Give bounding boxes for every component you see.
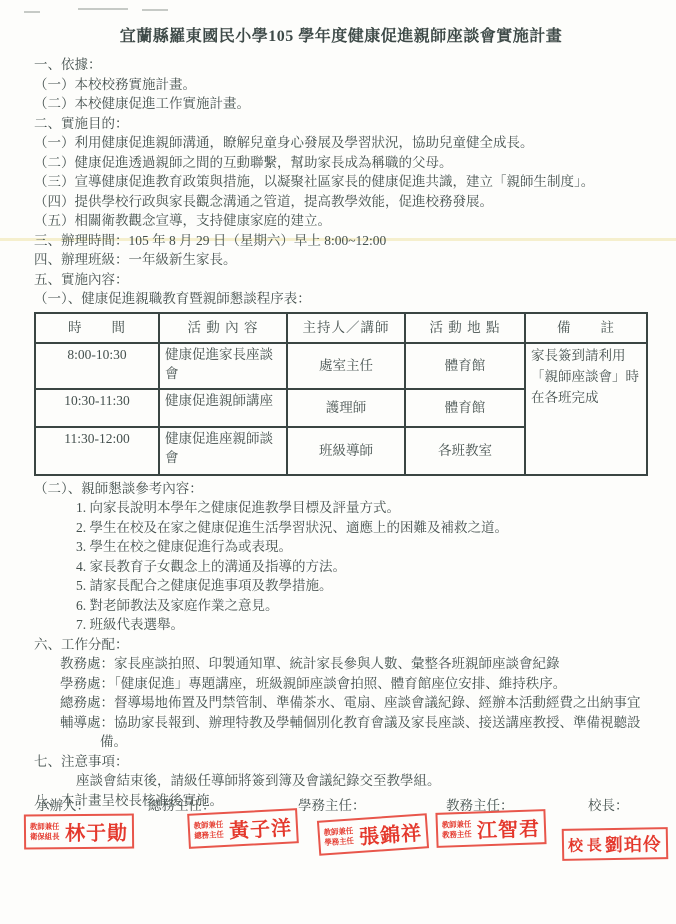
purpose-item: （三）宣導健康促進教育政策與措施，以凝聚社區家長的健康促進共識，建立「親師生制度… — [34, 172, 648, 192]
purpose-item: （二）健康促進透過親師之間的互動聯繫，幫助家長成為稱職的父母。 — [34, 153, 648, 173]
section-duties-heading: 六、工作分配： — [34, 635, 648, 655]
basis-item: （一）本校校務實施計畫。 — [34, 75, 648, 95]
reference-item: 1. 向家長說明本學年之健康促進教學目標及評量方式。 — [34, 498, 648, 518]
cell-activity: 健康促進座親師談會 — [159, 427, 287, 475]
stamp-role-line: 學務主任 — [324, 836, 354, 848]
stamp-student-affairs-director: 教師兼任 學務主任 張錦祥 — [317, 813, 429, 856]
document-title: 宜蘭縣羅東國民小學105 學年度健康促進親師座談會實施計畫 — [34, 26, 648, 48]
notes-item: 座談會結束後，請級任導師將簽到簿及會議紀錄交至教學組。 — [34, 771, 648, 791]
reference-item: 7. 班級代表選舉。 — [34, 615, 648, 635]
stamp-role-text: 校 長 — [568, 834, 602, 856]
cell-location: 各班教室 — [405, 427, 525, 475]
stamp-name: 林于勛 — [65, 817, 128, 847]
stamp-role-text: 教師兼任 教務主任 — [442, 820, 472, 840]
basis-item: （二）本校健康促進工作實施計畫。 — [34, 94, 648, 114]
cell-activity: 健康促進親師講座 — [159, 389, 287, 427]
cell-host: 班級導師 — [287, 427, 405, 475]
stamp-organizer: 教師兼任 衛保組長 林于勛 — [24, 814, 134, 850]
cell-activity: 健康促進家長座談會 — [159, 343, 287, 389]
col-header-host: 主持人／講師 — [287, 313, 405, 343]
duty-item: 學務處：「健康促進」專題講座，班級親師座談會拍照、體育館座位安排、維持秩序。 — [34, 674, 648, 694]
stamp-name: 張錦祥 — [358, 817, 423, 850]
cell-host: 護理師 — [287, 389, 405, 427]
stamp-academic-affairs-director: 教師兼任 教務主任 江智君 — [435, 809, 546, 848]
section-class-line: 四、辦理班級：一年級新生家長。 — [34, 250, 648, 270]
schedule-table: 時 間 活 動 內 容 主持人／講師 活 動 地 點 備 註 8:00-10:3… — [34, 312, 648, 476]
col-header-activity: 活 動 內 容 — [159, 313, 287, 343]
stamp-name: 黃子洋 — [228, 811, 292, 843]
cell-note: 家長簽到請利用「親師座談會」時在各班完成 — [525, 343, 647, 475]
purpose-item: （一）利用健康促進親師溝通，瞭解兒童身心發展及學習狀況，協助兒童健全成長。 — [34, 133, 648, 153]
section-purpose-heading: 二、實施目的： — [34, 114, 648, 134]
cell-time: 11:30-12:00 — [35, 427, 159, 475]
col-header-time: 時 間 — [35, 313, 159, 343]
cell-host: 處室主任 — [287, 343, 405, 389]
col-header-location: 活 動 地 點 — [405, 313, 525, 343]
cell-location: 體育館 — [405, 389, 525, 427]
reference-item: 2. 學生在校及在家之健康促進生活學習狀況、適應上的困難及補救之道。 — [34, 518, 648, 538]
reference-item: 3. 學生在校之健康促進行為或表現。 — [34, 537, 648, 557]
stamp-role-line: 衛保組長 — [30, 832, 60, 842]
stamp-role-line: 教務主任 — [442, 829, 472, 840]
signature-label-general-affairs: 總務主任： — [148, 794, 216, 814]
document-body: 宜蘭縣羅東國民小學105 學年度健康促進親師座談會實施計畫 一、依據： （一）本… — [34, 26, 648, 810]
signature-label-student-affairs: 學務主任： — [298, 794, 366, 814]
reference-item: 5. 請家長配合之健康促進事項及教學措施。 — [34, 576, 648, 596]
signature-label-principal: 校長： — [588, 794, 629, 814]
schedule-header-row: 時 間 活 動 內 容 主持人／講師 活 動 地 點 備 註 — [35, 313, 647, 343]
section-notes-heading: 七、注意事項： — [34, 752, 648, 772]
scan-artifact-dash — [142, 9, 168, 11]
duty-item: 總務處：督導場地佈置及門禁管制、準備茶水、電扇、座談會議紀錄、經辦本活動經費之出… — [34, 693, 648, 713]
stamp-role-line: 總務主任 — [194, 830, 224, 841]
cell-time: 10:30-11:30 — [35, 389, 159, 427]
stamp-role-text: 教師兼任 學務主任 — [323, 826, 354, 847]
section-basis-heading: 一、依據： — [34, 55, 648, 75]
stamp-principal: 校 長 劉珀伶 — [562, 827, 668, 861]
purpose-item: （五）相關衛教觀念宣導，支持健康家庭的建立。 — [34, 211, 648, 231]
cell-time: 8:00-10:30 — [35, 343, 159, 389]
duty-item: 輔導處：協助家長報到、辦理特教及學輔個別化教育會議及家長座談、接送講座教授、準備… — [34, 713, 648, 752]
scan-artifact-dash — [24, 11, 40, 13]
stamp-name: 劉珀伶 — [605, 830, 662, 857]
stamp-role-text: 教師兼任 總務主任 — [194, 820, 224, 841]
schedule-heading: （一）、健康促進親職教育暨親師懇談程序表： — [34, 289, 648, 309]
purpose-item: （四）提供學校行政與家長觀念溝通之管道，提高教學效能，促進校務發展。 — [34, 192, 648, 212]
stamp-role-text: 教師兼任 衛保組長 — [30, 822, 60, 841]
section-time-line: 三、辦理時間：105 年 8 月 29 日（星期六）早上 8:00~12:00 — [34, 231, 648, 251]
scanned-document-page: 宜蘭縣羅東國民小學105 學年度健康促進親師座談會實施計畫 一、依據： （一）本… — [0, 0, 676, 924]
col-header-note: 備 註 — [525, 313, 647, 343]
stamp-name: 江智君 — [477, 812, 541, 843]
scan-artifact-dash — [78, 8, 128, 10]
duty-item: 教務處：家長座談拍照、印製通知單、統計家長參與人數、彙整各班親師座談會紀錄 — [34, 654, 648, 674]
reference-item: 4. 家長教育子女觀念上的溝通及指導的方法。 — [34, 557, 648, 577]
cell-location: 體育館 — [405, 343, 525, 389]
reference-heading: （二）、親師懇談參考內容： — [34, 479, 648, 499]
stamp-role-line: 教師兼任 — [30, 822, 60, 832]
signature-label-organizer: 承辦人： — [36, 794, 90, 814]
reference-item: 6. 對老師教法及家庭作業之意見。 — [34, 596, 648, 616]
section-content-heading: 五、實施內容： — [34, 270, 648, 290]
stamp-general-affairs-director: 教師兼任 總務主任 黃子洋 — [187, 808, 299, 849]
schedule-row: 8:00-10:30 健康促進家長座談會 處室主任 體育館 家長簽到請利用「親師… — [35, 343, 647, 389]
